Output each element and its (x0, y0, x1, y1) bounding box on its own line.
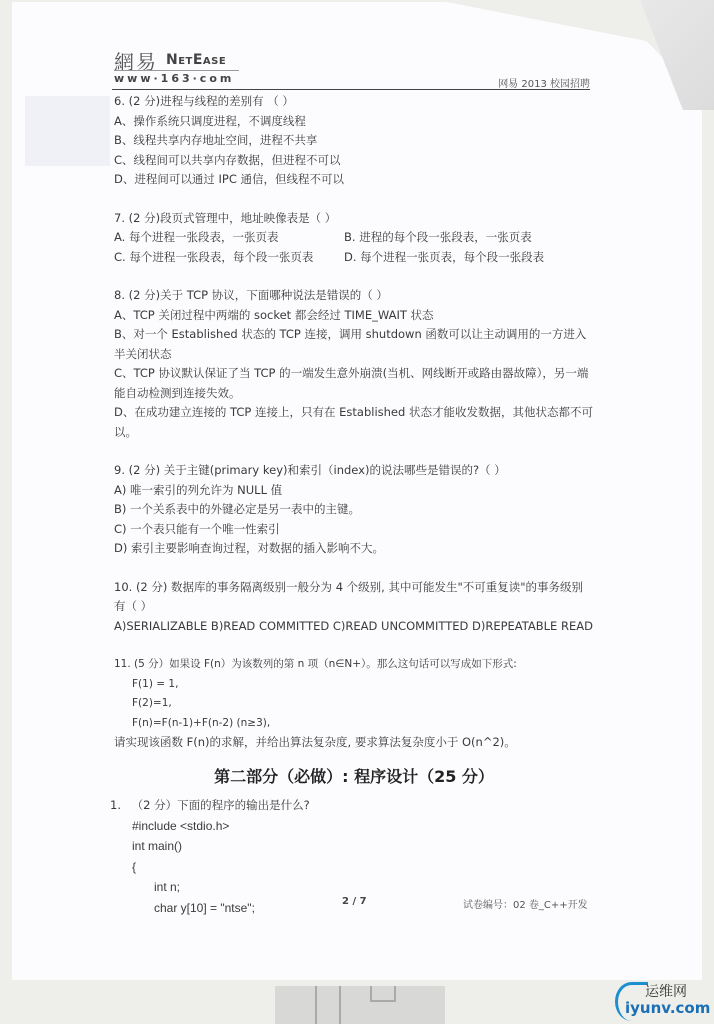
option-b: B. 进程的每个段一张段表，一张页表 (344, 228, 574, 248)
formula-2: F(2)=1, (114, 694, 594, 714)
section-2-title: 第二部分（必做）: 程序设计（25 分） (114, 767, 594, 787)
option-a: A、操作系统只调度进程，不调度线程 (114, 112, 594, 132)
header-campus-recruit: 网易 2013 校园招聘 (498, 75, 590, 90)
option-c: C) 一个表只能有一个唯一性索引 (114, 520, 594, 540)
option-a: A、TCP 关闭过程中两端的 socket 都会经过 TIME_WAIT 状态 (114, 306, 594, 326)
question-stem: 7. (2 分)段页式管理中，地址映像表是（ ） (114, 209, 594, 229)
option-c: C. 每个进程一张段表，每个段一张页表 (114, 248, 344, 268)
question-stem: 1. （2 分）下面的程序的输出是什么? (114, 796, 594, 816)
option-c: C、TCP 协议默认保证了当 TCP 的一端发生意外崩溃(当机、网线断开或路由器… (114, 364, 594, 403)
film-strip-icon (315, 986, 341, 1024)
question-stem: 11. (5 分）如果设 F(n）为该数列的第 n 项（n∈N+）。那么这句话可… (114, 655, 594, 675)
paper-id: 试卷编号：02 卷_C++开发 (463, 896, 588, 911)
question-11: 11. (5 分）如果设 F(n）为该数列的第 n 项（n∈N+）。那么这句话可… (114, 655, 594, 753)
question-7: 7. (2 分)段页式管理中，地址映像表是（ ） A. 每个进程一张段表，一张页… (114, 209, 594, 268)
code-line: int n; (132, 877, 594, 898)
option-a: A. 每个进程一张段表，一张页表 (114, 228, 344, 248)
watermark-en: iyunv.com (625, 999, 710, 1017)
question-number: 1. (110, 796, 128, 816)
question-stem: 6. (2 分)进程与线程的差别有 （ ） (114, 92, 594, 112)
option-d: D、进程间可以通过 IPC 通信，但线程不可以 (114, 170, 594, 190)
exam-content: 6. (2 分)进程与线程的差别有 （ ） A、操作系统只调度进程，不调度线程 … (114, 92, 594, 918)
site-watermark: 运维网 iyunv.com (615, 980, 711, 1020)
question-stem: 10. (2 分) 数据库的事务隔离级别一般分为 4 个级别, 其中可能发生"不… (114, 578, 594, 617)
header-divider (112, 89, 590, 90)
option-b: B、对一个 Established 状态的 TCP 连接，调用 shutdown… (114, 325, 594, 364)
option-c: C、线程间可以共享内存数据，但进程不可以 (114, 151, 594, 171)
watermark-cn: 运维网 (645, 981, 687, 1001)
page-number: 2 / 7 (342, 896, 367, 907)
option-d: D) 索引主要影响查询过程，对数据的插入影响不大。 (114, 539, 594, 559)
code-line: int main() (132, 836, 594, 857)
code-line: { (132, 857, 594, 878)
question-stem: 9. (2 分) 关于主键(primary key)和索引（index)的说法哪… (114, 461, 594, 481)
requirement: 请实现该函数 F(n)的求解，并给出算法复杂度, 要求算法复杂度小于 O(n^2… (114, 733, 594, 753)
formula-3: F(n)=F(n-1)+F(n-2) (n≥3), (114, 714, 594, 734)
question-9: 9. (2 分) 关于主键(primary key)和索引（index)的说法哪… (114, 461, 594, 559)
code-line: #include <stdio.h> (132, 816, 594, 837)
bleed-through-mark (25, 96, 110, 166)
formula-1: F(1) = 1, (114, 675, 594, 695)
option-d: D、在成功建立连接的 TCP 连接上，只有在 Established 状态才能收… (114, 403, 594, 442)
page-header: 網易 NetEase www·163·com 网易 2013 校园招聘 (112, 42, 590, 92)
option-d: D. 每个进程一张页表，每个段一张段表 (344, 248, 574, 268)
netease-logo-en: NetEase (166, 52, 226, 68)
option-b: B、线程共享内存地址空间，进程不共享 (114, 131, 594, 151)
question-8: 8. (2 分)关于 TCP 协议，下面哪种说法是错误的（ ） A、TCP 关闭… (114, 286, 594, 442)
question-6: 6. (2 分)进程与线程的差别有 （ ） A、操作系统只调度进程，不调度线程 … (114, 92, 594, 190)
options-line: A)SERIALIZABLE B)READ COMMITTED C)READ U… (114, 617, 594, 637)
scanner-background-object (275, 986, 445, 1024)
netease-logo-url: www·163·com (114, 72, 234, 85)
option-b: B) 一个关系表中的外键必定是另一表中的主键。 (114, 500, 594, 520)
question-text: （2 分）下面的程序的输出是什么? (132, 798, 310, 812)
options-row-2: C. 每个进程一张段表，每个段一张页表 D. 每个进程一张页表，每个段一张段表 (114, 248, 594, 268)
question-stem: 8. (2 分)关于 TCP 协议，下面哪种说法是错误的（ ） (114, 286, 594, 306)
logo-divider (114, 70, 239, 71)
square-icon (370, 986, 396, 1002)
option-a: A) 唯一索引的列允许为 NULL 值 (114, 481, 594, 501)
question-10: 10. (2 分) 数据库的事务隔离级别一般分为 4 个级别, 其中可能发生"不… (114, 578, 594, 637)
options-row-1: A. 每个进程一张段表，一张页表 B. 进程的每个段一张段表，一张页表 (114, 228, 594, 248)
